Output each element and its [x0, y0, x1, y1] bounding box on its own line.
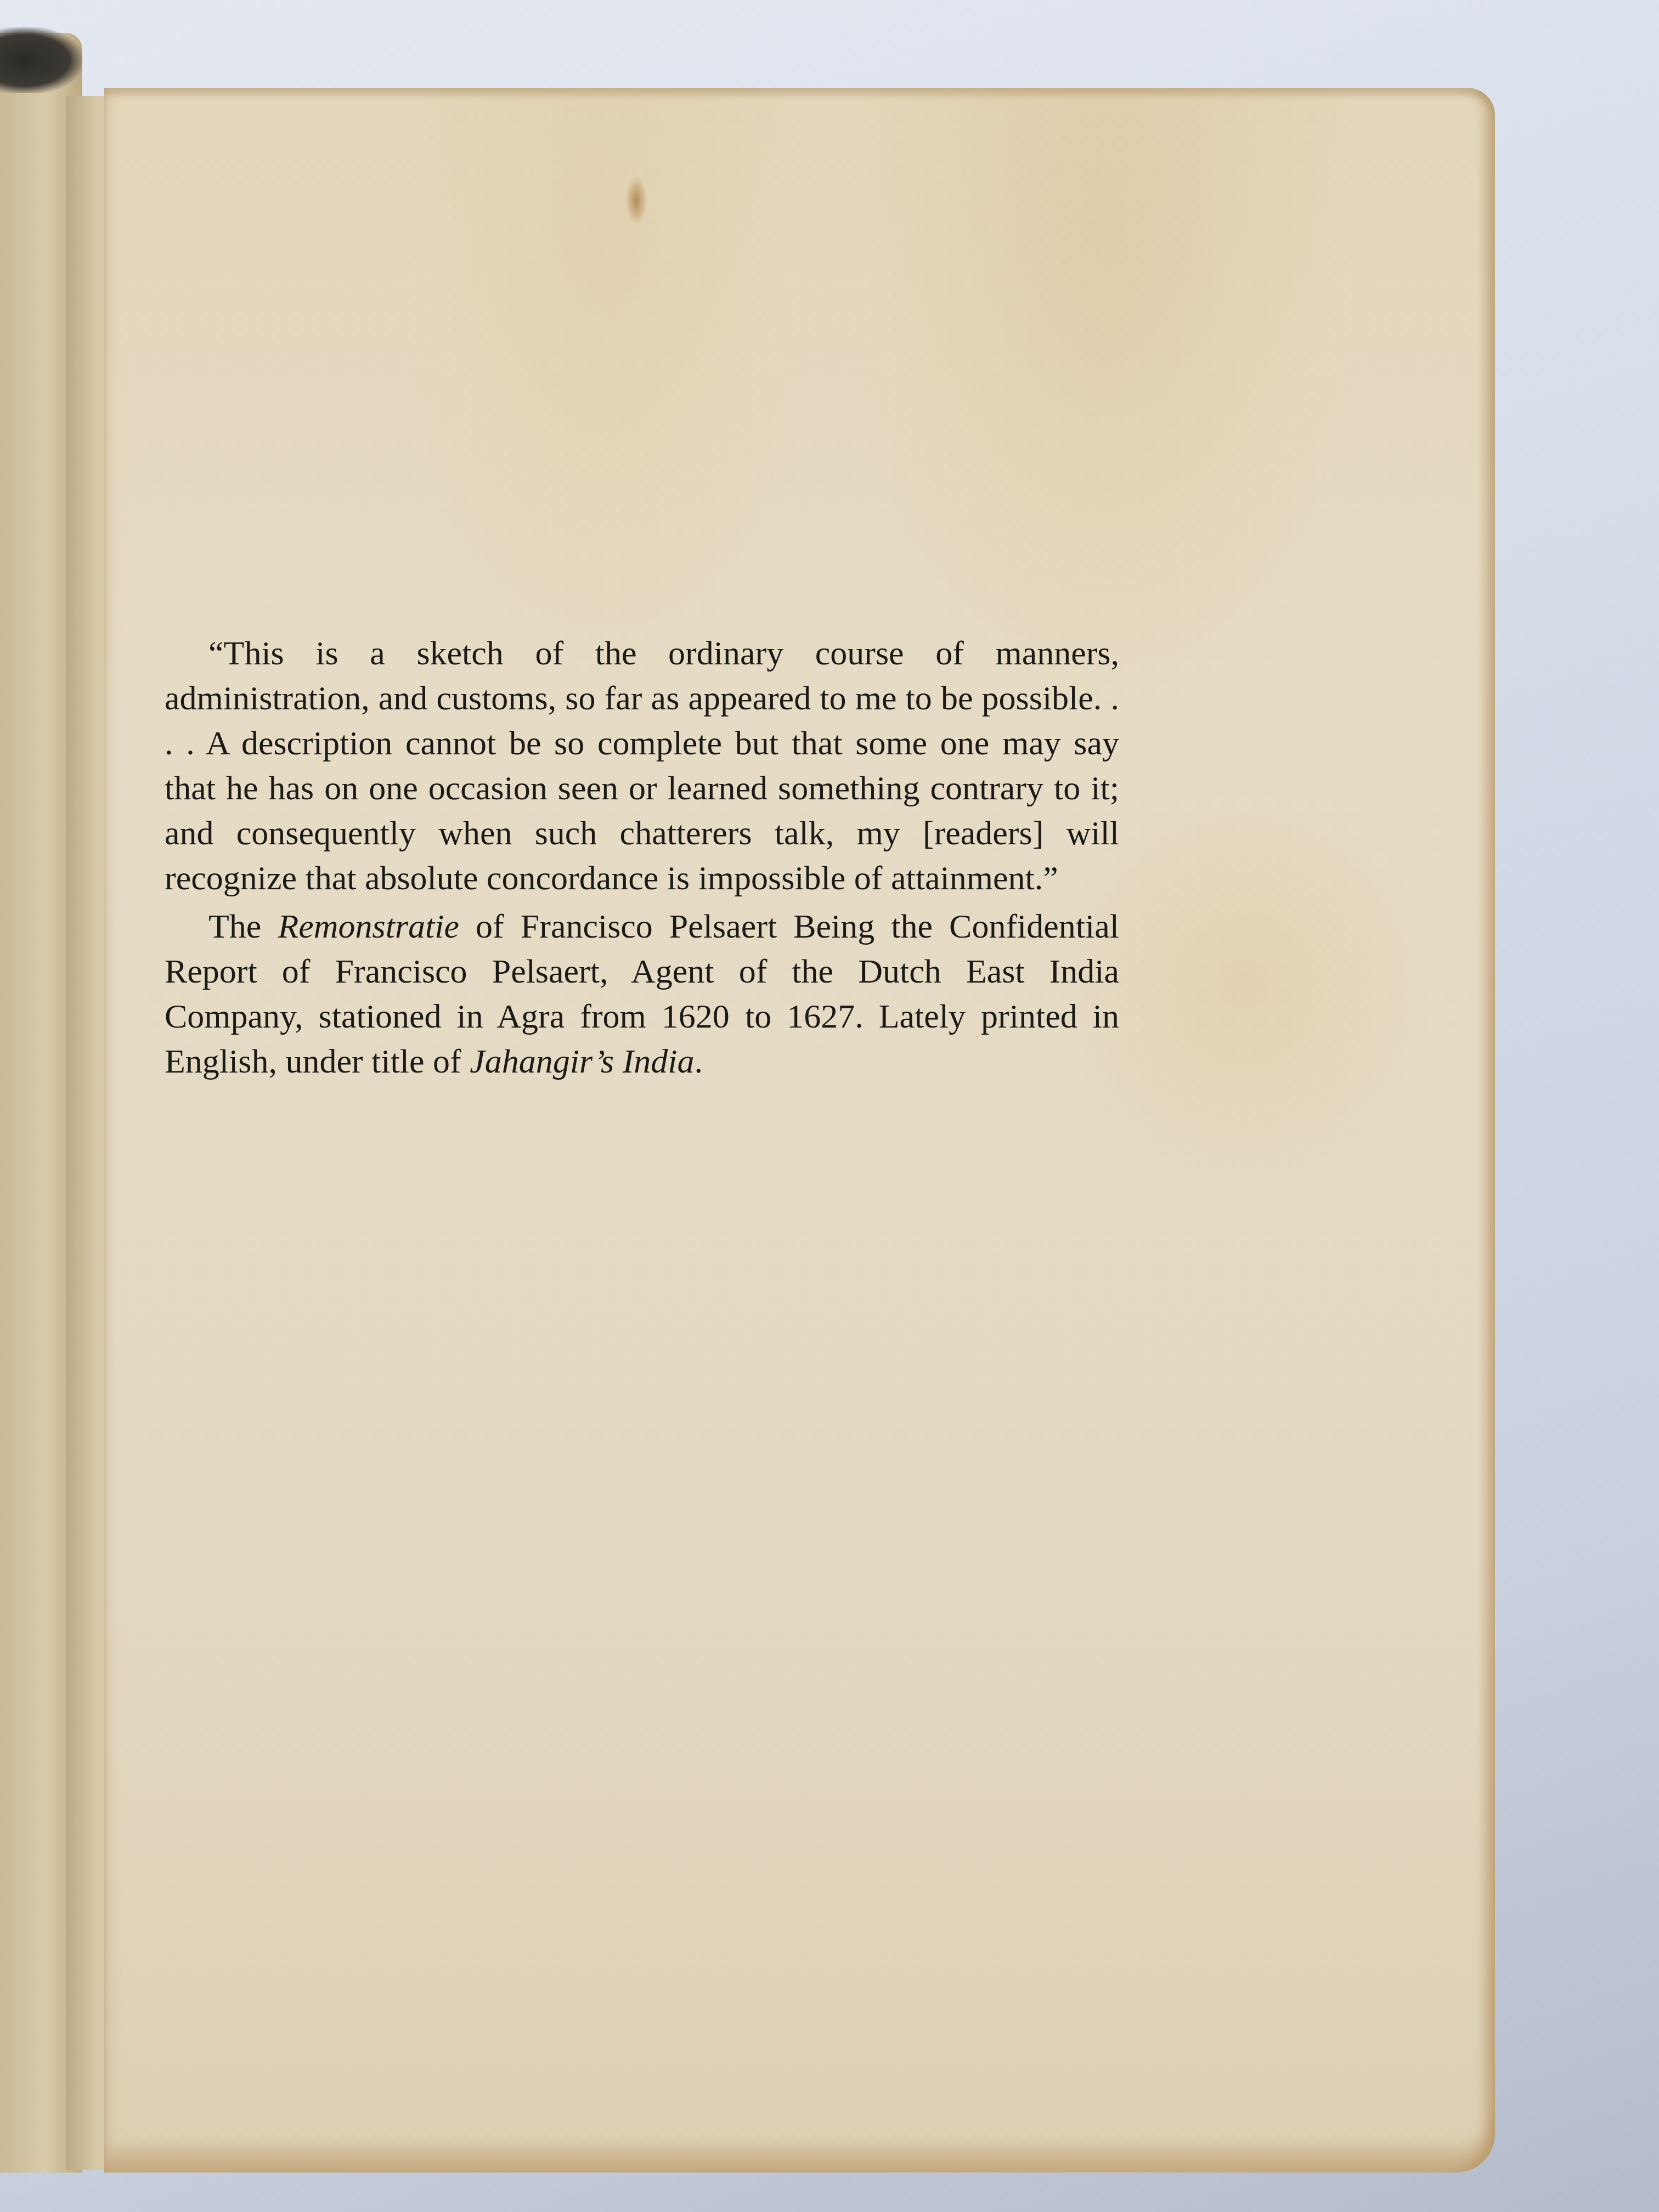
page-text: “This is a sketch of the ordinary course…: [165, 631, 1119, 1084]
work-title: Remonstratie: [278, 908, 459, 945]
book-page: [104, 88, 1495, 2172]
attribution-prefix: The: [208, 908, 278, 945]
page-stain: [625, 176, 647, 225]
book-title: Jahangir’s India: [470, 1043, 694, 1080]
book-spine: [0, 27, 82, 93]
attribution-suffix: .: [695, 1043, 703, 1080]
epigraph-quote: “This is a sketch of the ordinary course…: [165, 631, 1119, 901]
epigraph-attribution: The Remonstratie of Francisco Pelsaert B…: [165, 904, 1119, 1084]
